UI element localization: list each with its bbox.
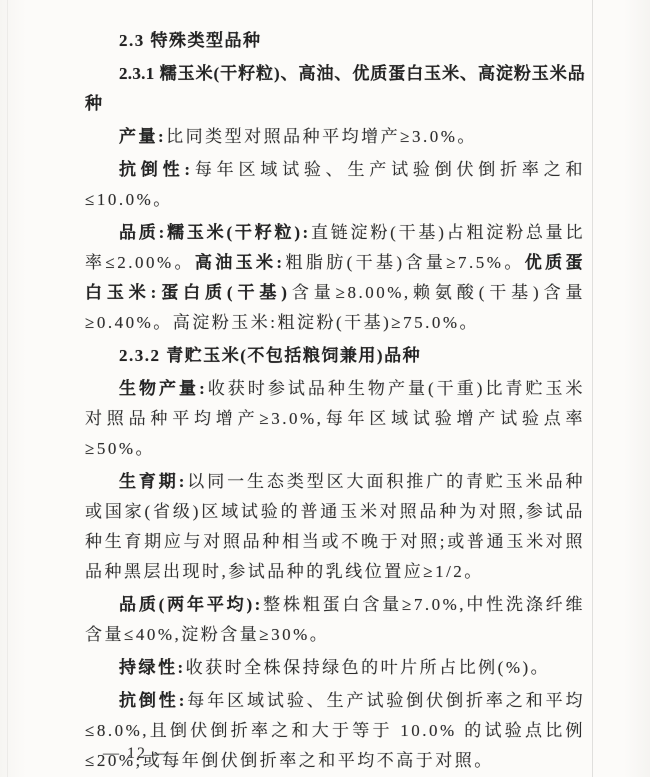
document-content: 2.3 特殊类型品种 2.3.1 糯玉米(干籽粒)、高油、优质蛋白玉米、高淀粉玉…	[85, 26, 585, 777]
quality-2yr-label: 品质(两年平均):	[119, 595, 263, 614]
scanned-document-page: 2.3 特殊类型品种 2.3.1 糯玉米(干籽粒)、高油、优质蛋白玉米、高淀粉玉…	[0, 0, 650, 777]
paragraph-stay-green: 持绿性:收获时全株保持绿色的叶片所占比例(%)。	[85, 653, 585, 683]
quality-label: 品质:糯玉米(干籽粒):	[119, 223, 311, 242]
paragraph-yield: 产量:比同类型对照品种平均增产≥3.0%。	[85, 122, 585, 152]
high-oil-label: 高油玉米:	[195, 253, 285, 272]
stay-green-text: 收获时全株保持绿色的叶片所占比例(%)。	[186, 658, 550, 677]
high-oil-text: 粗脂肪(干基)含量≥7.5%。	[285, 253, 525, 272]
section-heading-2-3-2: 2.3.2 青贮玉米(不包括粮饲兼用)品种	[85, 341, 585, 371]
paragraph-lodging-resistance: 抗倒性:每年区域试验、生产试验倒伏倒折率之和≤10.0%。	[85, 155, 585, 215]
yield-label: 产量:	[119, 127, 166, 146]
yield-text: 比同类型对照品种平均增产≥3.0%。	[166, 127, 477, 146]
lodging-label: 抗倒性:	[119, 160, 193, 179]
paragraph-quality-232: 品质(两年平均):整株粗蛋白含量≥7.0%,中性洗涤纤维含量≤40%,淀粉含量≥…	[85, 590, 585, 650]
paragraph-maturity: 生育期:以同一生态类型区大面积推广的青贮玉米品种或国家(省级)区域试验的普通玉米…	[85, 467, 585, 587]
scan-edge-left-artifact	[7, 0, 8, 777]
maturity-label: 生育期:	[119, 472, 187, 491]
section-heading-2-3-1: 2.3.1 糯玉米(干籽粒)、高油、优质蛋白玉米、高淀粉玉米品种	[85, 59, 585, 119]
paragraph-biomass-yield: 生物产量:收获时参试品种生物产量(干重)比青贮玉米对照品种平均增产≥3.0%,每…	[85, 374, 585, 464]
paragraph-quality-231: 品质:糯玉米(干籽粒):直链淀粉(干基)占粗淀粉总量比率≤2.00%。高油玉米:…	[85, 218, 585, 338]
biomass-label: 生物产量:	[119, 379, 207, 398]
lodging-232-label: 抗倒性:	[119, 691, 187, 710]
page-number: — 12 —	[103, 745, 171, 763]
scan-edge-right-artifact	[592, 0, 593, 777]
stay-green-label: 持绿性:	[119, 658, 186, 677]
section-heading-2-3: 2.3 特殊类型品种	[85, 26, 585, 56]
